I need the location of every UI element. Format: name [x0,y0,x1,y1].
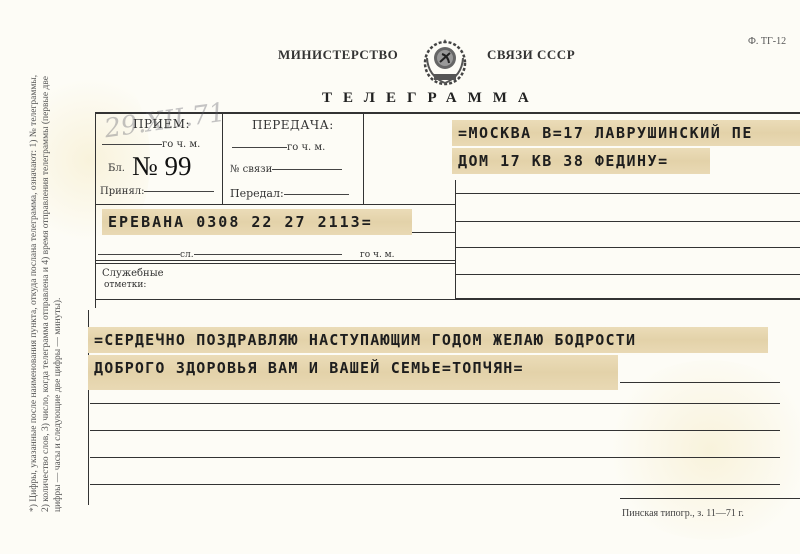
address-area-left-border [455,180,456,300]
message-ruled-line [90,457,780,458]
footer-rule [620,498,800,499]
message-tape-line-1: =СЕРДЕЧНО ПОЗДРАВЛЯЮ НАСТУПАЮЩИМ ГОДОМ Ж… [88,327,768,353]
telegram-number: № 99 [132,151,192,182]
accepted-by-label: Принял: [100,186,214,197]
address-ruled-line [455,247,800,248]
ussr-coat-of-arms-icon [418,36,472,88]
accepted-label-text: Принял: [100,186,144,197]
transmit-time-row: го ч. м. [232,142,325,153]
link-number-row: № связи [230,164,342,175]
transmit-heading: ПЕРЕДАЧА: [252,118,334,132]
origin-row-bottom [95,260,455,261]
address-ruled-line [455,221,800,222]
ministry-svyazi-label: СВЯЗИ СССР [487,47,575,63]
origin-tape: ЕРЕВАНА 0308 22 27 2113= [102,209,412,235]
address-tape-line-1: =МОСКВА В=17 ЛАВРУШИНСКИЙ ПЕ [452,120,800,146]
receive-heading: ПРИЕМ: [133,117,190,131]
origin-ruled-line [412,232,455,233]
receive-time-row: го ч. м. [102,139,200,150]
sent-by-label: Передал: [230,187,284,200]
origin-time-labels: го ч. м. [360,250,395,260]
sent-by-row: Передал: [230,187,349,200]
ministry-label: МИНИСТЕРСТВО [278,47,398,63]
message-ruled-line [90,430,780,431]
address-tape-line-2: ДОМ 17 КВ 38 ФЕДИНУ= [452,148,710,174]
words-label: сл. [180,250,194,260]
boxes-bottom-line [95,204,455,205]
transmit-divider [363,112,364,204]
form-left-border [95,112,96,308]
receive-time-labels: го ч. м. [162,139,200,150]
address-ruled-line [455,193,800,194]
footnote-vertical: *) Цифры, указанные после наименования п… [28,72,64,512]
service-notes-bottom-line [95,299,455,300]
address-bottom-line [455,298,800,300]
form-code: Ф. ТГ-12 [748,36,786,47]
address-ruled-line [455,274,800,275]
blank-label: Бл. [108,163,125,174]
printer-imprint: Пинская типогр., з. 11—71 г. [622,508,744,519]
service-notes-top-line [95,263,455,264]
link-number-label: № связи [230,164,272,175]
words-row: сл. [98,250,342,260]
message-ruled-line [90,484,780,485]
message-tape-line-2: ДОБРОГО ЗДОРОВЬЯ ВАМ И ВАШЕЙ СЕМЬЕ=ТОПЧЯ… [88,355,618,390]
transmit-time-labels: го ч. м. [287,142,325,153]
service-notes-label-1: Служебные [102,268,164,279]
service-notes-label-2: отметки: [104,280,146,290]
message-ruled-line [90,403,780,404]
message-ruled-line [620,382,780,383]
page-title: ТЕЛЕГРАММА [322,90,540,107]
